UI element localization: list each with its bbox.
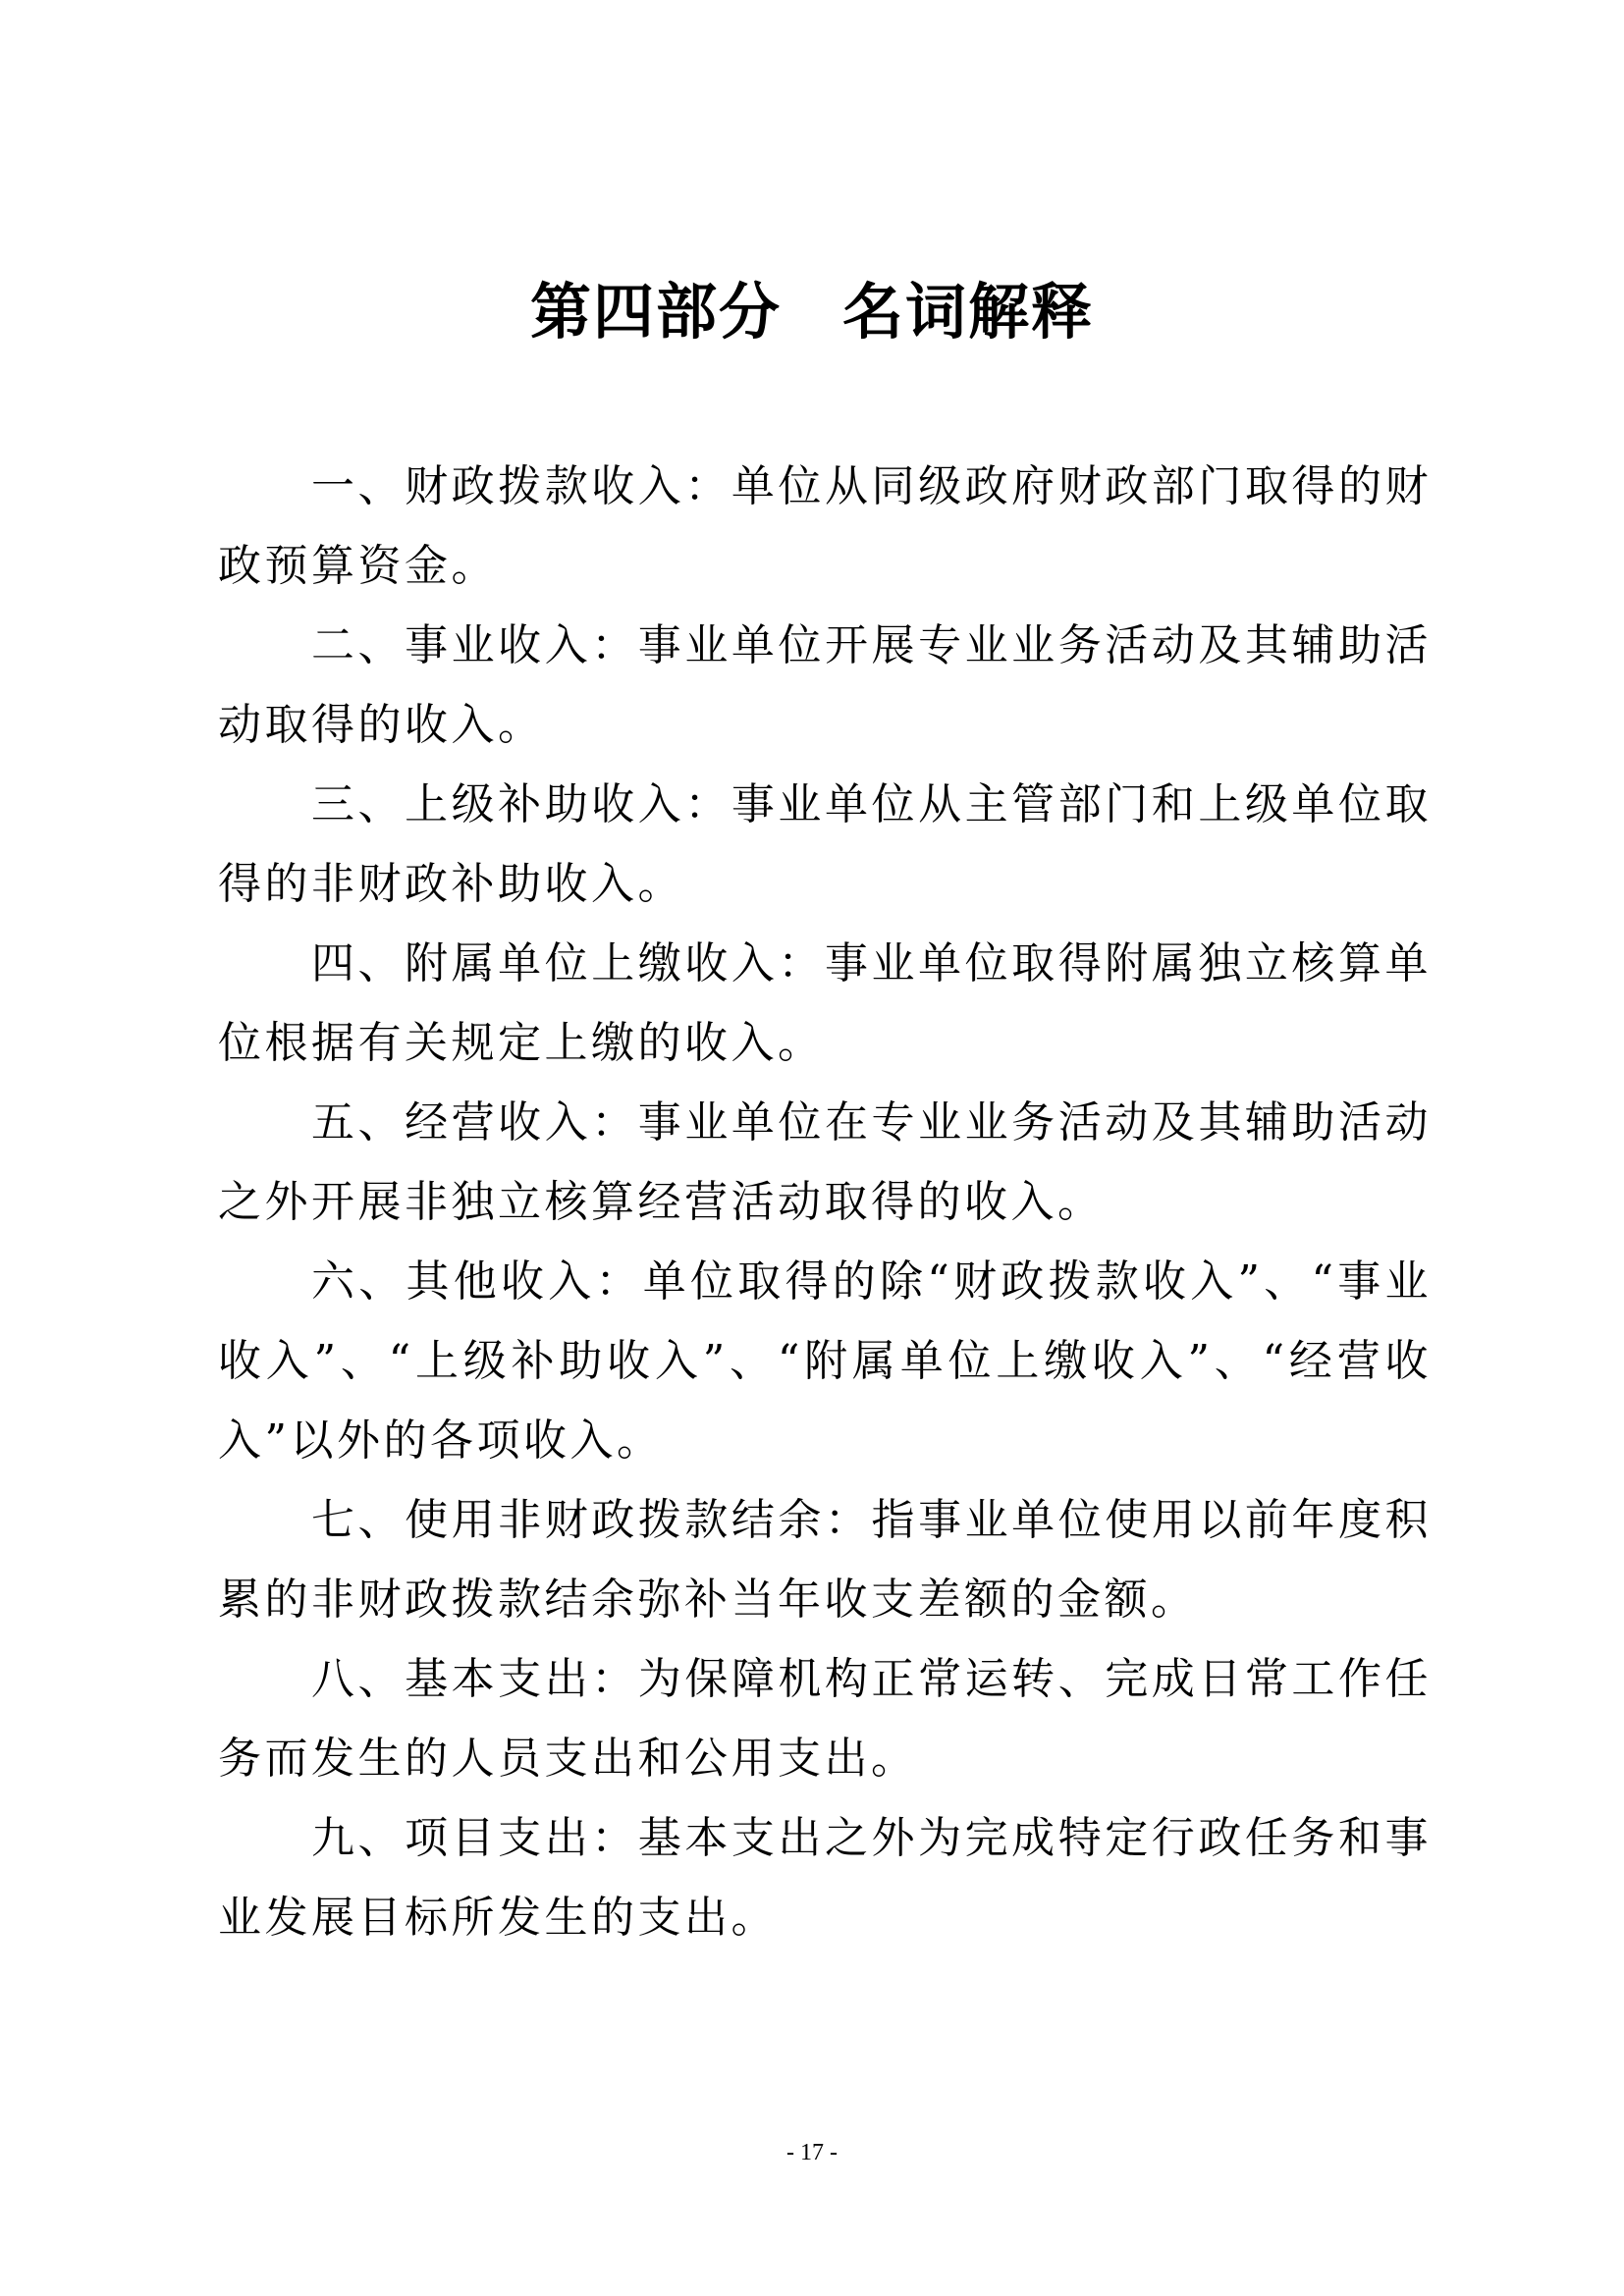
title-part: 第四部分 [530,276,782,347]
page-number: - 17 - [0,2140,1624,2166]
title-name: 名词解释 [842,276,1094,347]
page-title: 第四部分名词解释 [0,263,1624,350]
definition-paragraph: 七、使用非财政拨款结余：指事业单位使用以前年度积累的非财政拨款结余弥补当年收支差… [218,1480,1432,1639]
definition-paragraph: 四、附属单位上缴收入：事业单位取得附属独立核算单位根据有关规定上缴的收入。 [218,924,1432,1083]
definition-paragraph: 九、项目支出：基本支出之外为完成特定行政任务和事业发展目标所发生的支出。 [218,1798,1432,1957]
definition-paragraph: 三、上级补助收入：事业单位从主管部门和上级单位取得的非财政补助收入。 [218,765,1432,924]
definition-paragraph: 二、事业收入：事业单位开展专业业务活动及其辅助活动取得的收入。 [218,606,1432,765]
definition-paragraph: 六、其他收入：单位取得的除“财政拨款收入”、“事业收入”、“上级补助收入”、“附… [218,1242,1432,1480]
definition-paragraph: 八、基本支出：为保障机构正常运转、完成日常工作任务而发生的人员支出和公用支出。 [218,1639,1432,1798]
definition-paragraph: 一、财政拨款收入：单位从同级政府财政部门取得的财政预算资金。 [218,447,1432,606]
definitions-body: 一、财政拨款收入：单位从同级政府财政部门取得的财政预算资金。 二、事业收入：事业… [218,447,1432,1957]
definition-paragraph: 五、经营收入：事业单位在专业业务活动及其辅助活动之外开展非独立核算经营活动取得的… [218,1083,1432,1242]
